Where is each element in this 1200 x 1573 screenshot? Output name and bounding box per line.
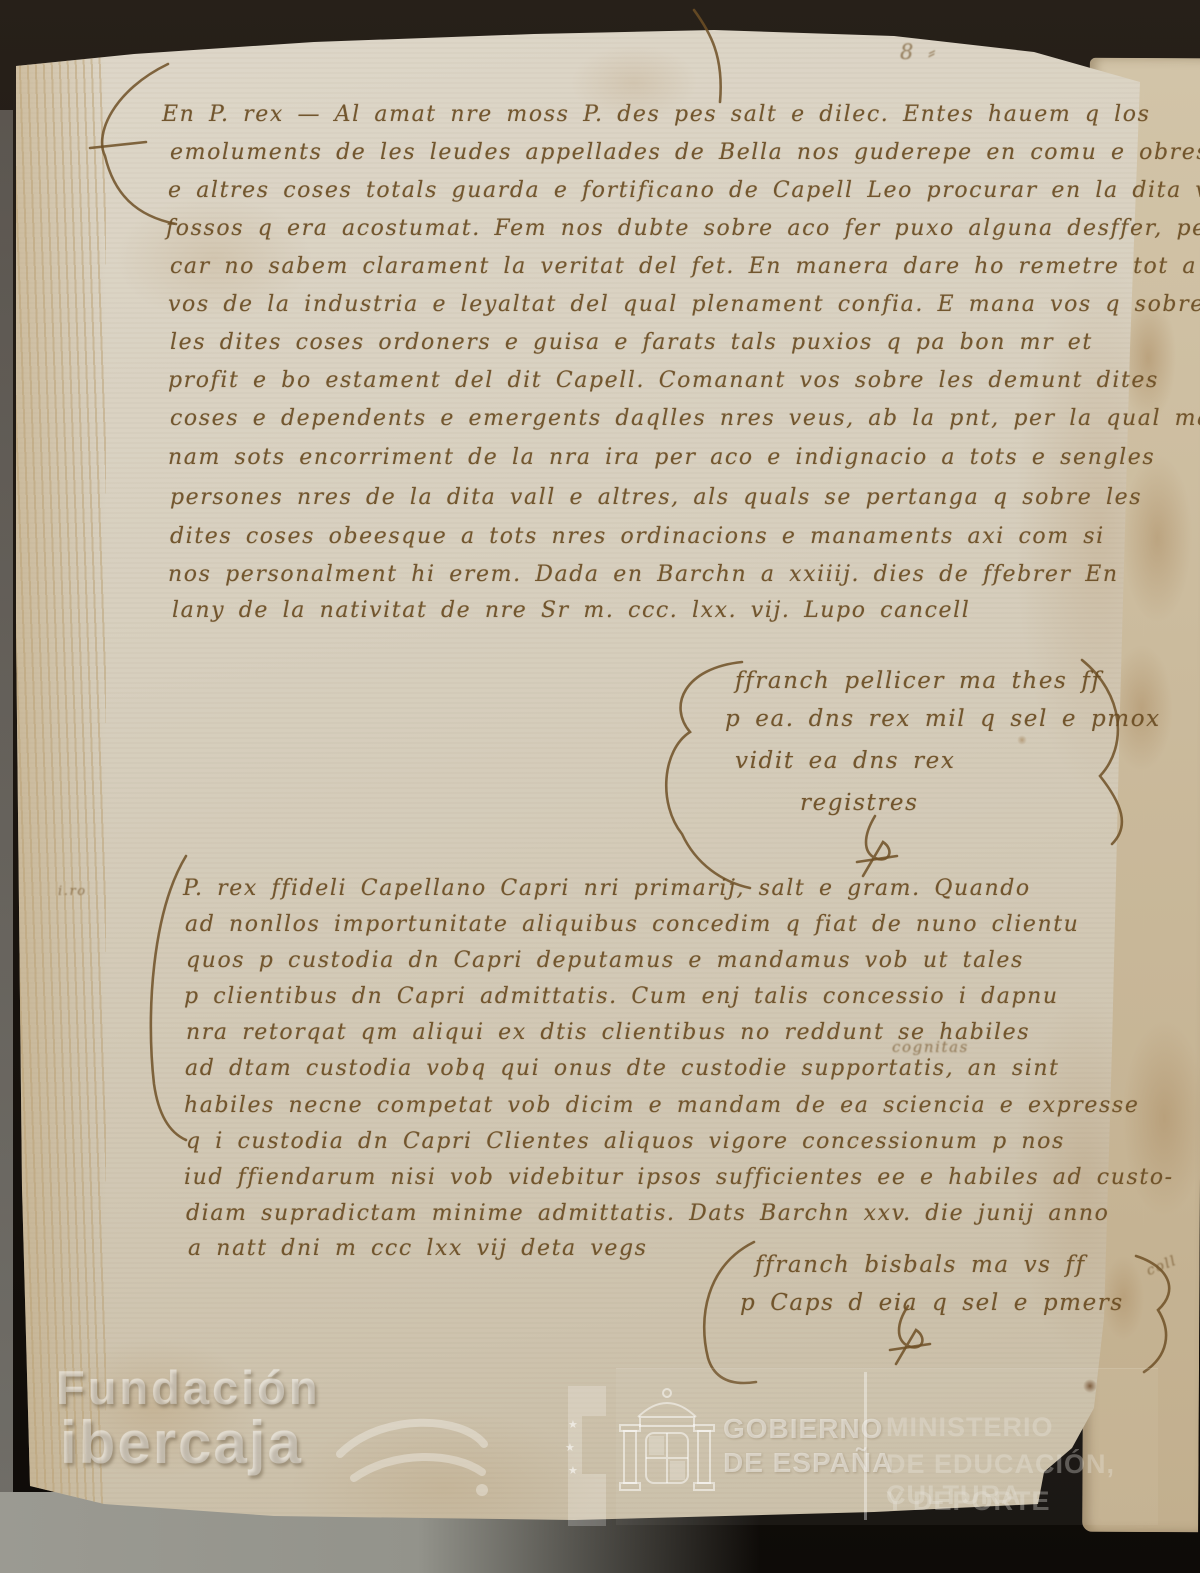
folio-number: 8 ⸗ — [900, 40, 937, 65]
signature1-line: ffranch pellicer ma thes ff — [735, 668, 1102, 694]
manuscript-line: ad nonllos importunitate aliquibus conce… — [185, 912, 1079, 937]
eu-bar-watermark — [568, 1386, 582, 1526]
pen-stroke-ascender — [688, 4, 730, 106]
manuscript-line: dites coses obeesque a tots nres ordinac… — [170, 524, 1105, 549]
margin-note: i.ro — [58, 884, 87, 899]
manuscript-line: coses e dependents e emergents daqlles n… — [170, 406, 1200, 431]
ibercaja-watermark-line1: Fundación — [56, 1360, 321, 1415]
manuscript-line: ad dtam custodia vobq qui onus dte custo… — [185, 1056, 1060, 1081]
manuscript-line: persones nres de la dita vall e altres, … — [170, 485, 1142, 510]
ministerio-watermark-line3: Y DEPORTE — [886, 1486, 1051, 1517]
manuscript-line: p clientibus dn Capri admittatis. Cum en… — [184, 984, 1059, 1009]
manuscript-line: e altres coses totals guarda e fortifica… — [168, 178, 1200, 203]
watermark-divider — [864, 1372, 867, 1520]
manuscript-line: habiles necne competat vob dicim e manda… — [184, 1093, 1139, 1118]
eu-star-icon: ★ — [565, 1441, 575, 1454]
eu-bar-tab-bottom — [582, 1474, 606, 1526]
ibercaja-logo-icon — [332, 1392, 497, 1510]
manuscript-line: nos personalment hi erem. Dada en Barchn… — [168, 562, 1119, 587]
eu-star-icon: ★ — [568, 1418, 578, 1431]
table-edge-left — [0, 110, 13, 1510]
manuscript-line: emoluments de les leudes appellades de B… — [170, 140, 1200, 165]
manuscript-line: car no sabem clarament la veritat del fe… — [170, 254, 1197, 279]
manuscript-line: a natt dni m ccc lxx vij deta vegs — [188, 1236, 648, 1261]
gobierno-watermark-line2: DE ESPAÑA — [723, 1447, 893, 1479]
eu-star-icon: ★ — [568, 1464, 578, 1477]
book-fore-edge — [14, 28, 106, 1534]
manuscript-line: nam sots encorriment de la nra ira per a… — [168, 445, 1155, 470]
rubric-flourish — [878, 1302, 938, 1368]
manuscript-line: diam supradictam minime admittatis. Dats… — [186, 1201, 1110, 1226]
manuscript-line: fossos q era acostumat. Fem nos dubte so… — [166, 216, 1200, 241]
signature1-line: p ea. dns rex mil q sel e pmox — [725, 706, 1161, 732]
manuscript-line: P. rex ffideli Capellano Capri nri prima… — [183, 876, 1031, 901]
manuscript-line: q i custodia dn Capri Clientes aliquos v… — [186, 1129, 1065, 1154]
gobierno-watermark-line1: GOBIERNO — [723, 1413, 883, 1445]
ibercaja-watermark-line2: ibercaja — [60, 1408, 303, 1477]
signature2-line: ffranch bisbals ma vs ff — [755, 1252, 1086, 1278]
manuscript-line: quos p custodia dn Capri deputamus e man… — [186, 948, 1024, 973]
interlinear-note: cognitas — [892, 1038, 969, 1056]
ministerio-watermark-line1: MINISTERIO — [886, 1412, 1054, 1443]
manuscript-line: les dites coses ordoners e guisa e farat… — [170, 330, 1093, 355]
manuscript-line: vos de la industria e leyaltat del qual … — [168, 292, 1200, 317]
manuscript-scan: 8 ⸗ En P. rex — Al amat nre moss P. des … — [0, 0, 1200, 1573]
manuscript-line: profit e bo estament del dit Capell. Com… — [168, 368, 1159, 393]
spain-coat-of-arms-icon — [616, 1383, 718, 1515]
rubric-flourish — [845, 812, 905, 880]
signature1-line: vidit ea dns rex — [735, 748, 955, 774]
manuscript-line: iud ffiendarum nisi vob videbitur ipsos … — [184, 1165, 1174, 1190]
margin-bracket-paragraph1 — [88, 56, 183, 231]
eu-bar-tab-top — [582, 1386, 606, 1416]
manuscript-line: En P. rex — Al amat nre moss P. des pes … — [162, 102, 1151, 127]
manuscript-line: lany de la nativitat de nre Sr m. ccc. l… — [172, 598, 970, 623]
